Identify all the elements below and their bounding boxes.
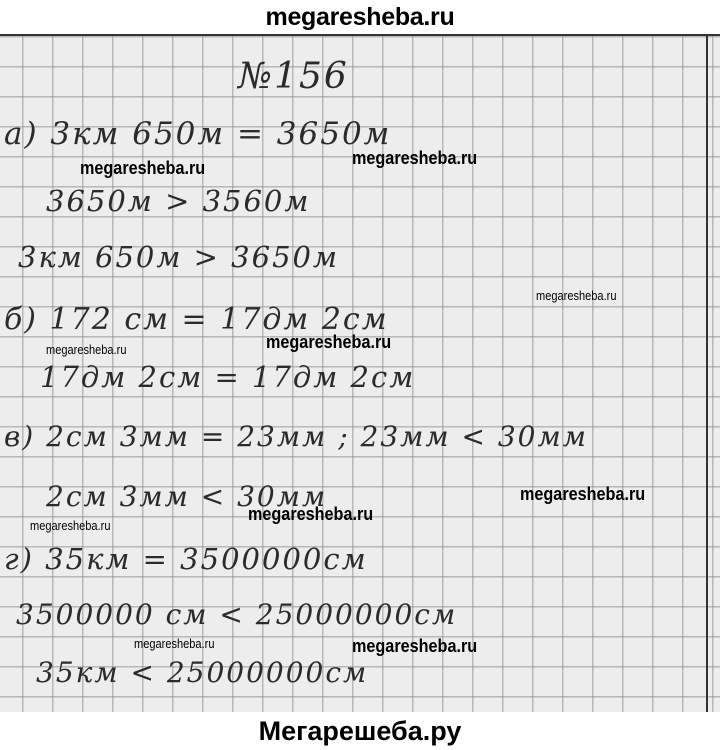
watermark: megaresheba.ru [352,148,477,169]
part-b-line-2: 17дм 2см = 17дм 2см [40,360,415,394]
watermark: megaresheba.ru [352,636,477,657]
watermark: megaresheba.ru [536,288,616,303]
watermark: megaresheba.ru [134,636,214,651]
problem-number: №156 [238,56,349,97]
site-header: megaresheba.ru [0,0,720,34]
watermark: megaresheba.ru [248,504,373,525]
part-a-line-2: 3650м > 3560м [46,184,310,218]
part-g-line-3: 35км < 25000000см [36,656,368,689]
part-a-line-3: 3км 650м > 3650м [18,240,339,274]
watermark: megaresheba.ru [266,332,391,353]
part-v-line-1: в) 2см 3мм = 23мм ; 23мм < 30мм [4,420,588,453]
notebook-page: №156 а) 3км 650м = 3650м 3650м > 3560м 3… [0,34,720,712]
part-g-line-1: г) 35км = 3500000см [4,542,368,576]
site-footer: Мегарешеба.ру [0,712,720,750]
watermark: megaresheba.ru [30,518,110,533]
part-a-line-1: а) 3км 650м = 3650м [4,116,391,152]
watermark: megaresheba.ru [520,484,645,505]
watermark: megaresheba.ru [46,342,126,357]
watermark: megaresheba.ru [80,158,205,179]
part-g-line-2: 3500000 см < 25000000см [16,598,457,631]
